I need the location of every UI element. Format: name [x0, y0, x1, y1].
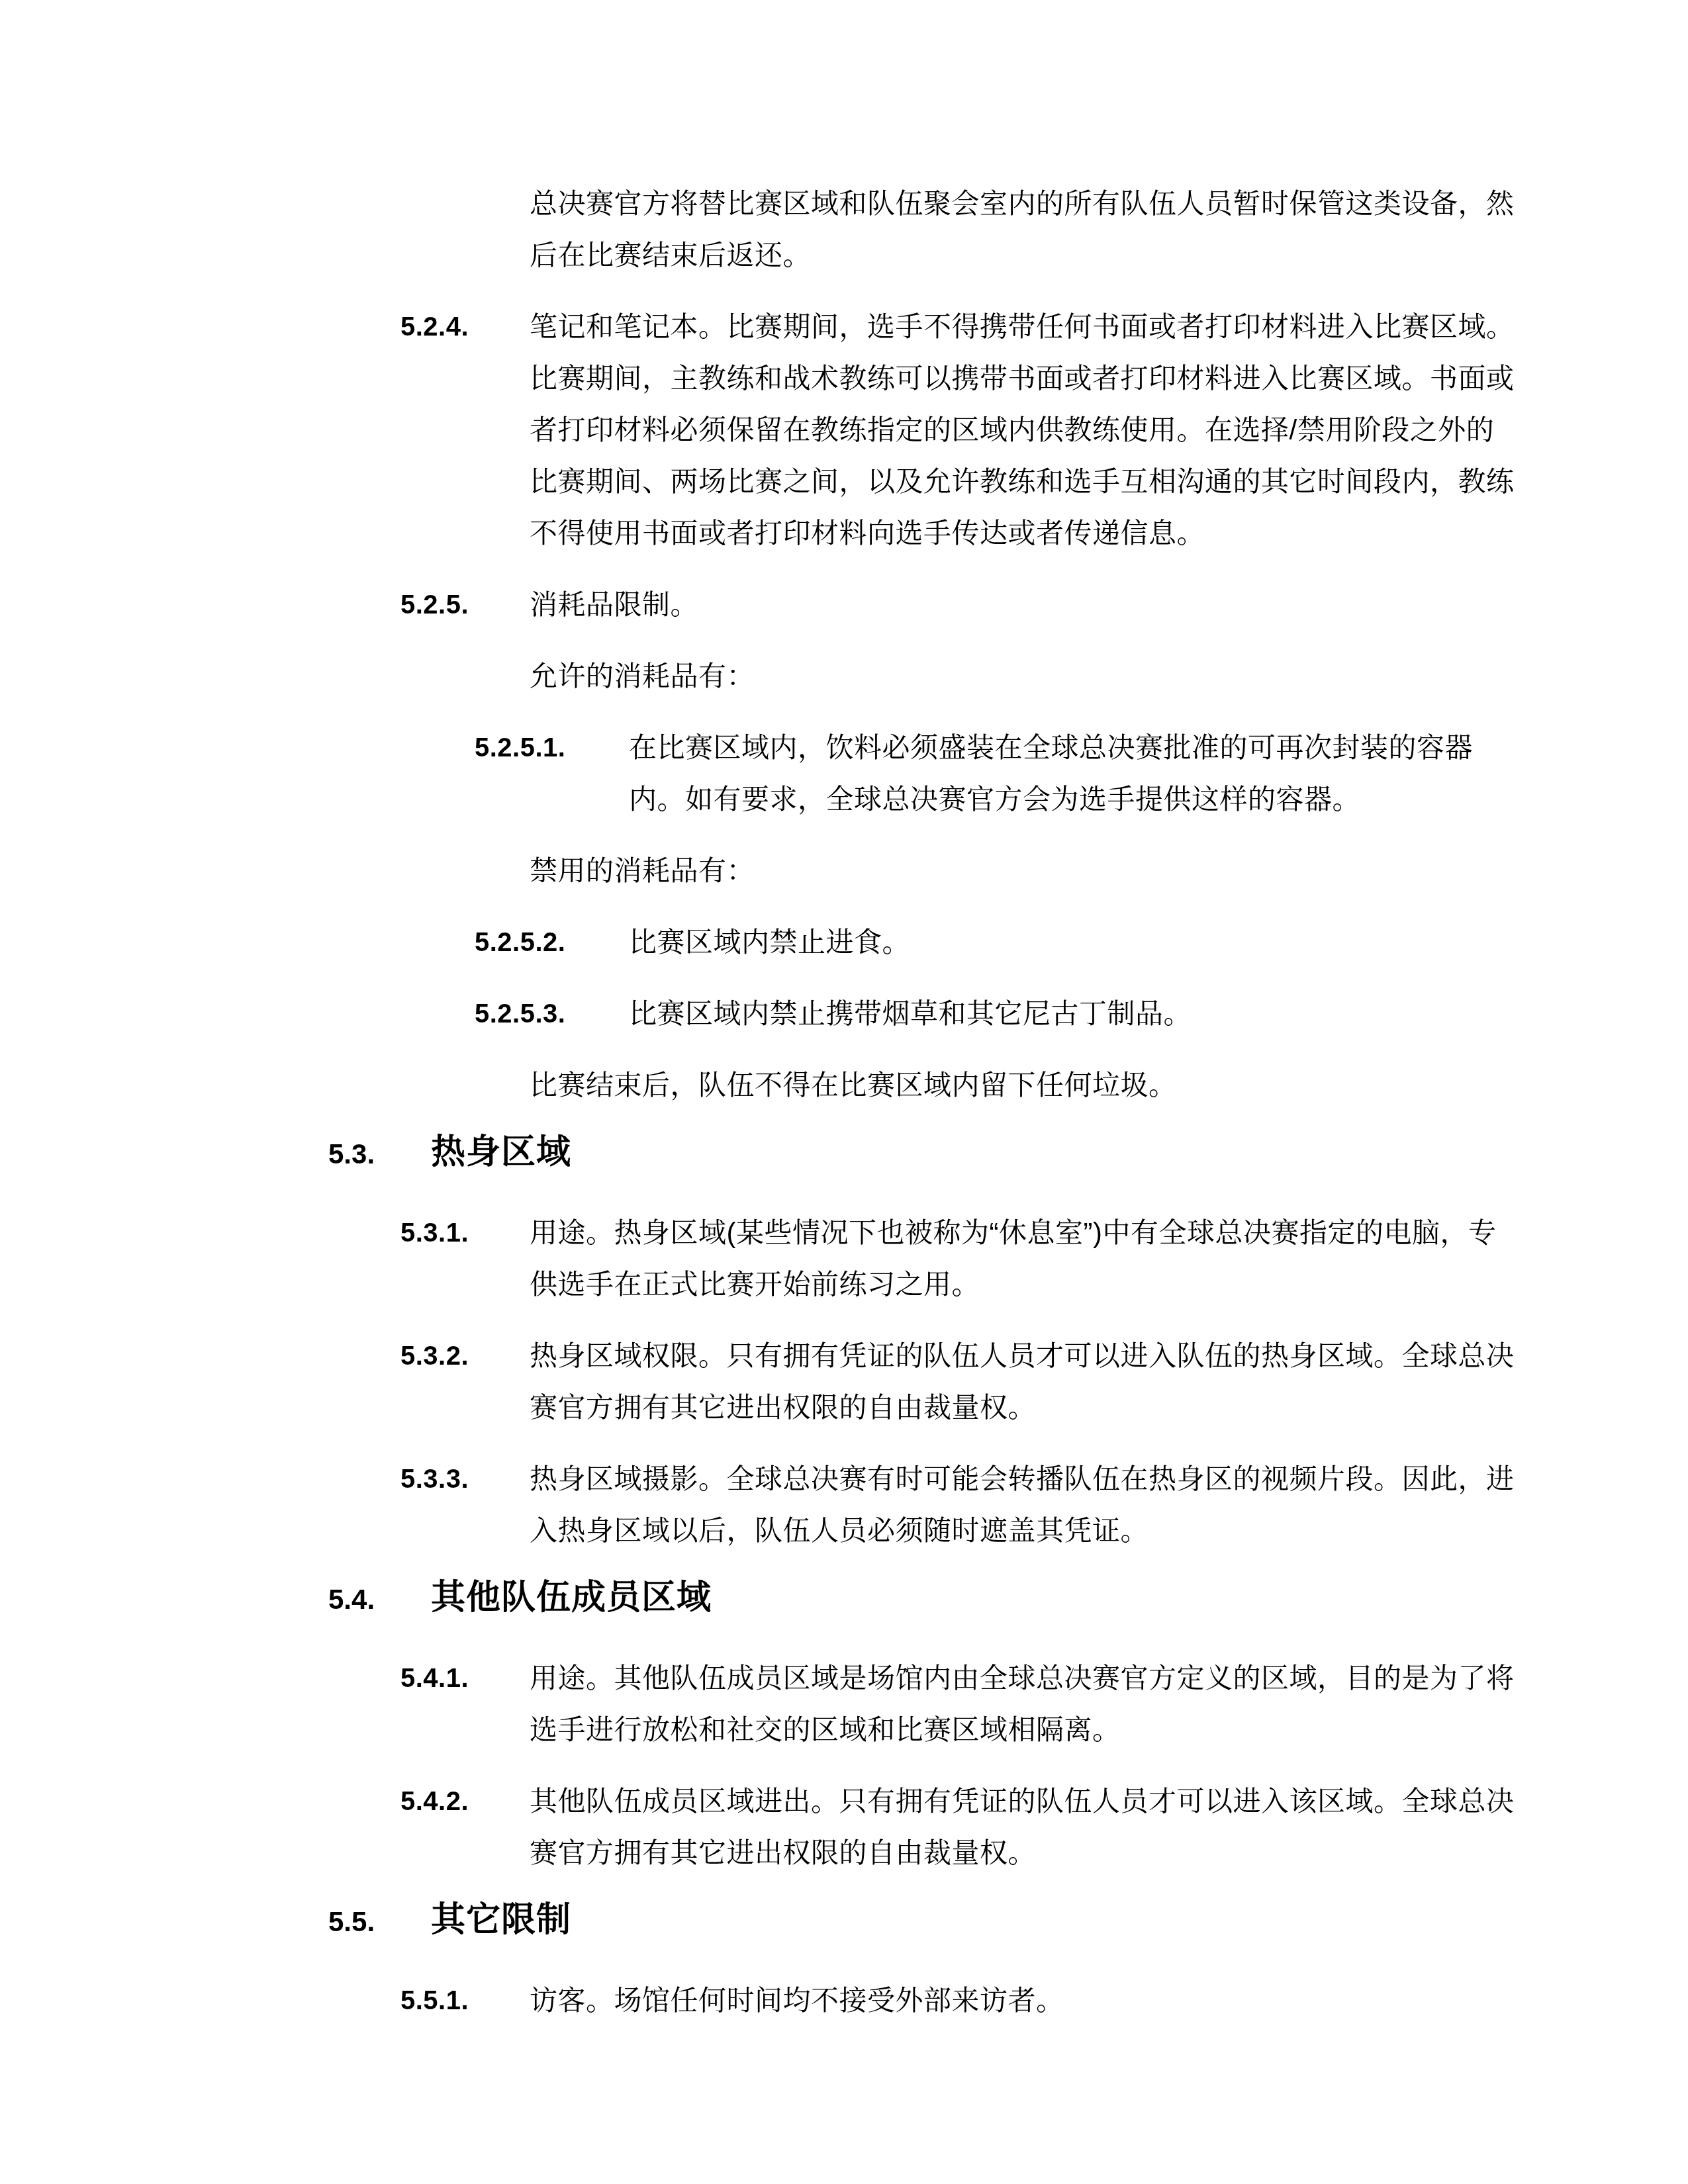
item-text: 其他队伍成员区域进出。只有拥有凭证的队伍人员才可以进入该区域。全球总决赛官方拥有… — [530, 1776, 1516, 1879]
item-number: 5.4.1. — [400, 1653, 530, 1704]
item-number: 5.2.5. — [400, 579, 530, 631]
numbered-item: 5.2.5.1.在比赛区域内，饮料必须盛装在全球总决赛批准的可再次封装的容器内。… — [475, 722, 1517, 825]
document-page: 总决赛官方将替比赛区域和队伍聚会室内的所有队伍人员暂时保管这类设备，然后在比赛结… — [0, 0, 1688, 2184]
paragraph: 允许的消耗品有： — [530, 651, 1517, 702]
numbered-item: 5.4.2.其他队伍成员区域进出。只有拥有凭证的队伍人员才可以进入该区域。全球总… — [400, 1776, 1517, 1879]
item-number: 5.2.5.1. — [475, 722, 629, 774]
section-heading: 5.5.其它限制 — [328, 1899, 1517, 1943]
numbered-item: 5.3.1.用途。热身区域(某些情况下也被称为“休息室”)中有全球总决赛指定的电… — [400, 1207, 1517, 1310]
item-number: 5.5.1. — [400, 1975, 530, 2026]
numbered-item: 5.2.5.消耗品限制。 — [400, 579, 1517, 631]
section-title: 其他队伍成员区域 — [431, 1576, 712, 1619]
item-text: 热身区域摄影。全球总决赛有时可能会转播队伍在热身区的视频片段。因此，进入热身区域… — [530, 1453, 1516, 1557]
numbered-item: 5.2.4.笔记和笔记本。比赛期间，选手不得携带任何书面或者打印材料进入比赛区域… — [400, 301, 1517, 559]
item-number: 5.3.2. — [400, 1330, 530, 1382]
numbered-item: 5.2.5.3.比赛区域内禁止携带烟草和其它尼古丁制品。 — [475, 988, 1517, 1040]
paragraph-text: 总决赛官方将替比赛区域和队伍聚会室内的所有队伍人员暂时保管这类设备，然后在比赛结… — [530, 178, 1516, 281]
paragraph-text: 禁用的消耗品有： — [530, 845, 1516, 897]
item-number: 5.2.5.2. — [475, 917, 629, 968]
section-title: 其它限制 — [431, 1899, 571, 1941]
document-content: 总决赛官方将替比赛区域和队伍聚会室内的所有队伍人员暂时保管这类设备，然后在比赛结… — [328, 178, 1517, 2026]
numbered-item: 5.4.1.用途。其他队伍成员区域是场馆内由全球总决赛官方定义的区域，目的是为了… — [400, 1653, 1517, 1756]
item-text: 消耗品限制。 — [530, 579, 1516, 631]
item-text: 笔记和笔记本。比赛期间，选手不得携带任何书面或者打印材料进入比赛区域。比赛期间，… — [530, 301, 1516, 559]
numbered-item: 5.3.3.热身区域摄影。全球总决赛有时可能会转播队伍在热身区的视频片段。因此，… — [400, 1453, 1517, 1557]
paragraph-text: 比赛结束后，队伍不得在比赛区域内留下任何垃圾。 — [530, 1060, 1516, 1111]
section-heading: 5.4.其他队伍成员区域 — [328, 1576, 1517, 1621]
section-heading: 5.3.热身区域 — [328, 1131, 1517, 1175]
section-title: 热身区域 — [431, 1131, 571, 1173]
item-number: 5.2.4. — [400, 301, 530, 353]
paragraph-text: 允许的消耗品有： — [530, 651, 1516, 702]
item-number: 5.4.2. — [400, 1776, 530, 1827]
item-text: 比赛区域内禁止携带烟草和其它尼古丁制品。 — [629, 988, 1516, 1040]
item-number: 5.3.3. — [400, 1453, 530, 1505]
numbered-item: 5.3.2.热身区域权限。只有拥有凭证的队伍人员才可以进入队伍的热身区域。全球总… — [400, 1330, 1517, 1433]
item-text: 热身区域权限。只有拥有凭证的队伍人员才可以进入队伍的热身区域。全球总决赛官方拥有… — [530, 1330, 1516, 1433]
section-number: 5.4. — [328, 1578, 431, 1621]
section-number: 5.5. — [328, 1901, 431, 1943]
item-text: 访客。场馆任何时间均不接受外部来访者。 — [530, 1975, 1516, 2026]
item-number: 5.3.1. — [400, 1207, 530, 1259]
item-text: 在比赛区域内，饮料必须盛装在全球总决赛批准的可再次封装的容器内。如有要求，全球总… — [629, 722, 1516, 825]
item-text: 比赛区域内禁止进食。 — [629, 917, 1516, 968]
paragraph: 总决赛官方将替比赛区域和队伍聚会室内的所有队伍人员暂时保管这类设备，然后在比赛结… — [530, 178, 1517, 281]
section-number: 5.3. — [328, 1133, 431, 1175]
paragraph: 禁用的消耗品有： — [530, 845, 1517, 897]
item-text: 用途。热身区域(某些情况下也被称为“休息室”)中有全球总决赛指定的电脑，专供选手… — [530, 1207, 1516, 1310]
numbered-item: 5.2.5.2.比赛区域内禁止进食。 — [475, 917, 1517, 968]
numbered-item: 5.5.1.访客。场馆任何时间均不接受外部来访者。 — [400, 1975, 1517, 2026]
paragraph: 比赛结束后，队伍不得在比赛区域内留下任何垃圾。 — [530, 1060, 1517, 1111]
item-number: 5.2.5.3. — [475, 988, 629, 1040]
item-text: 用途。其他队伍成员区域是场馆内由全球总决赛官方定义的区域，目的是为了将选手进行放… — [530, 1653, 1516, 1756]
